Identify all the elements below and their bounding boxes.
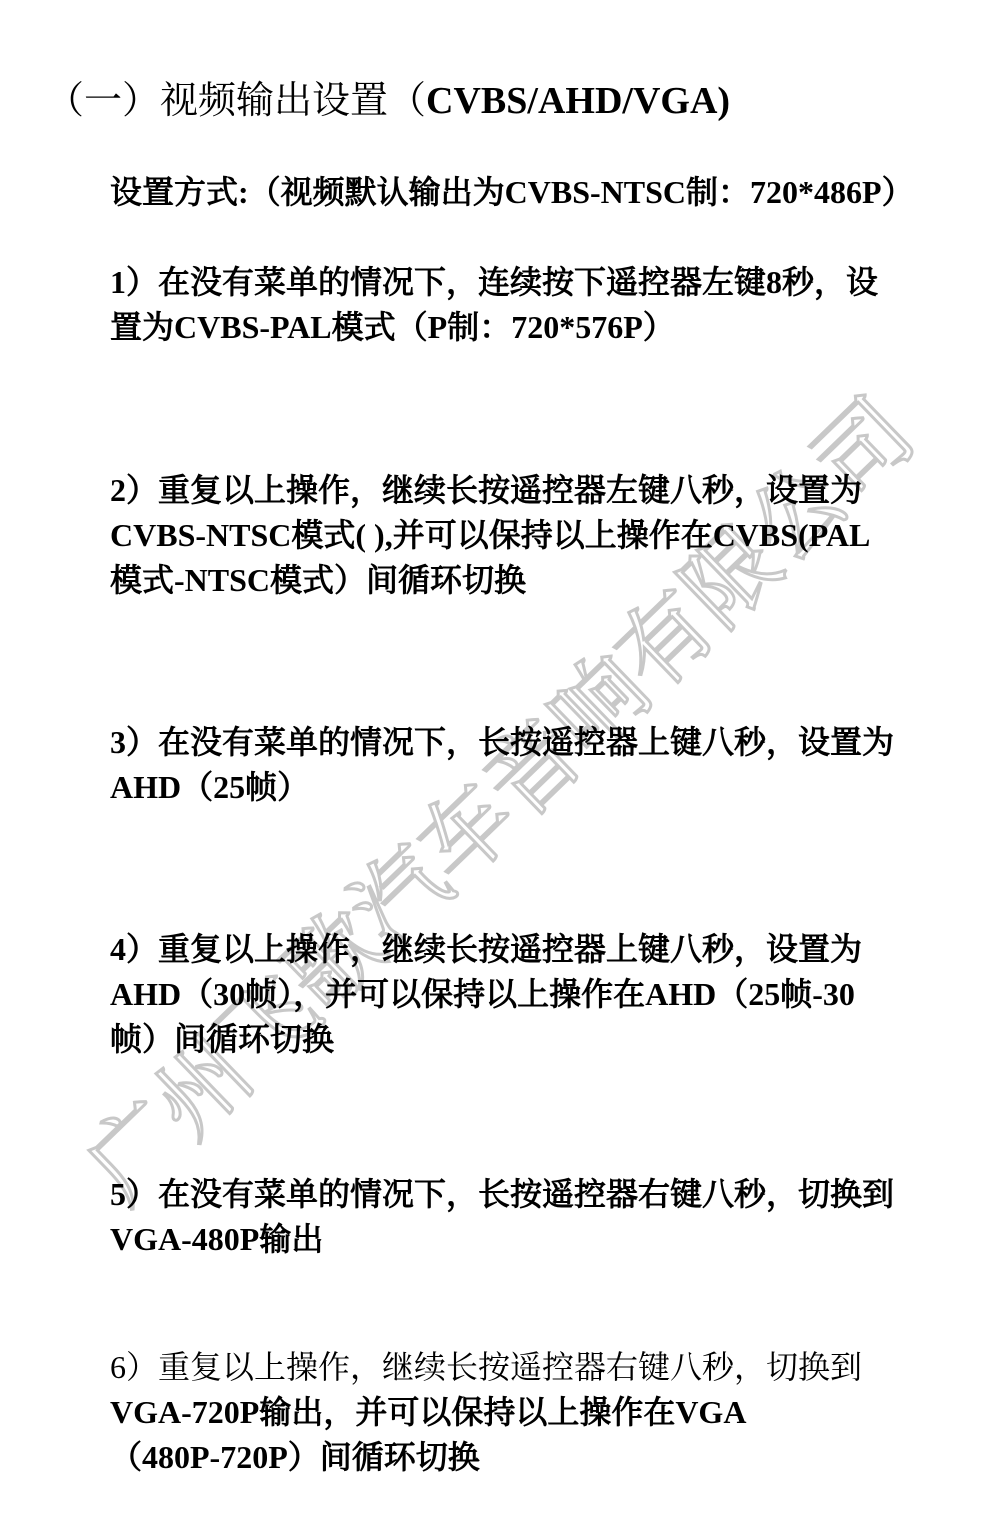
step-2-line-3: 模式-NTSC模式）间循环切换 — [110, 558, 960, 603]
step-6-line-2: VGA-720P输出，并可以保持以上操作在VGA — [110, 1390, 960, 1435]
step-4-line-2: AHD（30帧），并可以保持以上操作在AHD（25帧-30 — [110, 972, 960, 1017]
step-6-line-1: 6）重复以上操作，继续长按遥控器右键八秒，切换到 — [110, 1345, 960, 1390]
step-6: 6）重复以上操作，继续长按遥控器右键八秒，切换到 VGA-720P输出，并可以保… — [110, 1345, 960, 1480]
step-3-line-2: AHD（25帧） — [110, 765, 960, 810]
step-6-line-3: （480P-720P）间循环切换 — [110, 1435, 960, 1480]
step-5: 5）在没有菜单的情况下，长按遥控器右键八秒，切换到 VGA-480P输出 — [110, 1172, 960, 1262]
step-4: 4）重复以上操作，继续长按遥控器上键八秒，设置为 AHD（30帧），并可以保持以… — [110, 927, 960, 1062]
step-4-line-1: 4）重复以上操作，继续长按遥控器上键八秒，设置为 — [110, 927, 960, 972]
setup-method-note: 设置方式:（视频默认输出为CVBS-NTSC制：720*486P） — [110, 170, 914, 214]
step-1-line-1: 1）在没有菜单的情况下，连续按下遥控器左键8秒，设 — [110, 260, 960, 305]
step-4-line-3: 帧）间循环切换 — [110, 1017, 960, 1062]
step-5-line-1: 5）在没有菜单的情况下，长按遥控器右键八秒，切换到 — [110, 1172, 960, 1217]
step-2-line-2: CVBS-NTSC模式( ),并可以保持以上操作在CVBS(PAL — [110, 513, 960, 558]
section-title-formats: CVBS/AHD/VGA) — [426, 80, 730, 122]
step-3-line-1: 3）在没有菜单的情况下，长按遥控器上键八秒，设置为 — [110, 720, 960, 765]
section-title: （一）视频输出设置（CVBS/AHD/VGA) — [46, 77, 730, 125]
step-1-line-2: 置为CVBS-PAL模式（P制：720*576P） — [110, 305, 960, 350]
step-3: 3）在没有菜单的情况下，长按遥控器上键八秒，设置为 AHD（25帧） — [110, 720, 960, 810]
step-2-line-1: 2）重复以上操作，继续长按遥控器左键八秒，设置为 — [110, 468, 960, 513]
step-1: 1）在没有菜单的情况下，连续按下遥控器左键8秒，设 置为CVBS-PAL模式（P… — [110, 260, 960, 350]
step-5-line-2: VGA-480P输出 — [110, 1217, 960, 1262]
section-title-text: （一）视频输出设置（ — [46, 80, 426, 122]
step-2: 2）重复以上操作，继续长按遥控器左键八秒，设置为 CVBS-NTSC模式( ),… — [110, 468, 960, 603]
